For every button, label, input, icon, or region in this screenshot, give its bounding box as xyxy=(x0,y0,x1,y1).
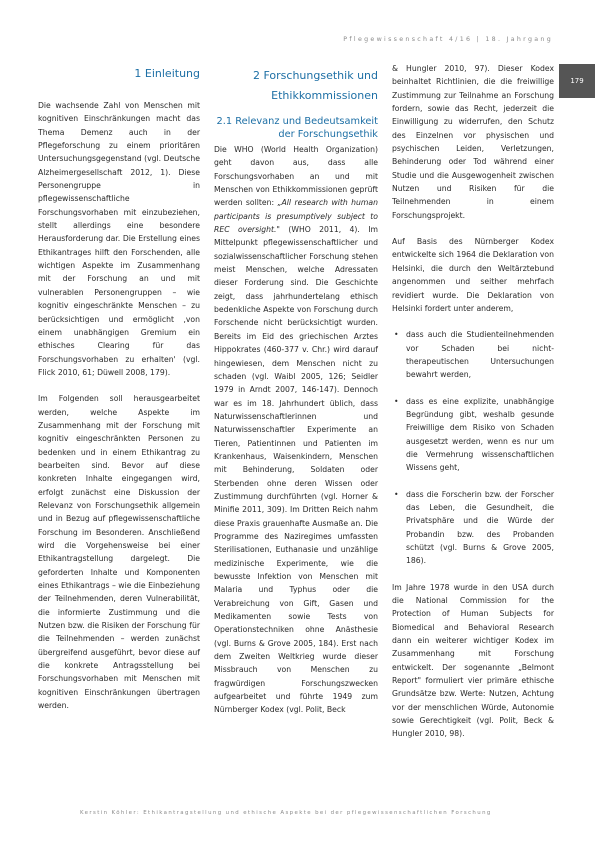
column-3: & Hungler 2010, 97). Dieser Kodex beinha… xyxy=(392,62,554,741)
paragraph: Im Jahre 1978 wurde in den USA durch die… xyxy=(392,581,554,741)
paragraph: Auf Basis des Nürnberger Kodex entwickel… xyxy=(392,235,554,315)
bullet-item: dass es eine explizite, unabhängige Begr… xyxy=(392,395,554,475)
bullet-list: dass auch die Studienteilnehmenden vor S… xyxy=(392,328,554,568)
bullet-item: dass die Forscherin bzw. der Forscher da… xyxy=(392,488,554,568)
paragraph: Die wachsende Zahl von Menschen mit kogn… xyxy=(38,99,200,379)
page-number-tab: 179 xyxy=(559,64,595,98)
bullet-item: dass auch die Studienteilnehmenden vor S… xyxy=(392,328,554,381)
paragraph: & Hungler 2010, 97). Dieser Kodex beinha… xyxy=(392,62,554,222)
column-2: 2 Forschungsethik und Ethikkommissionen … xyxy=(214,66,378,717)
section-heading-forschungsethik: 2 Forschungsethik und Ethikkommissionen xyxy=(214,66,378,106)
page-footer: Kerstin Köhler: Ethikantragstellung und … xyxy=(80,810,555,816)
subsection-heading-relevanz: 2.1 Relevanz und Bedeutsamkeit der Forsc… xyxy=(214,115,378,141)
page-number: 179 xyxy=(570,77,583,85)
running-head: Pflegewissenschaft 4/16 | 18. Jahrgang xyxy=(298,36,553,43)
paragraph: Die WHO (World Health Organization) geht… xyxy=(214,143,378,717)
column-1: 1 Einleitung Die wachsende Zahl von Mens… xyxy=(38,66,200,712)
section-heading-einleitung: 1 Einleitung xyxy=(38,66,200,82)
paragraph: Im Folgenden soll herausgearbeitet werde… xyxy=(38,392,200,712)
paragraph-text: (WHO 2011, 4). Im Mittelpunkt pflegewiss… xyxy=(214,225,378,714)
